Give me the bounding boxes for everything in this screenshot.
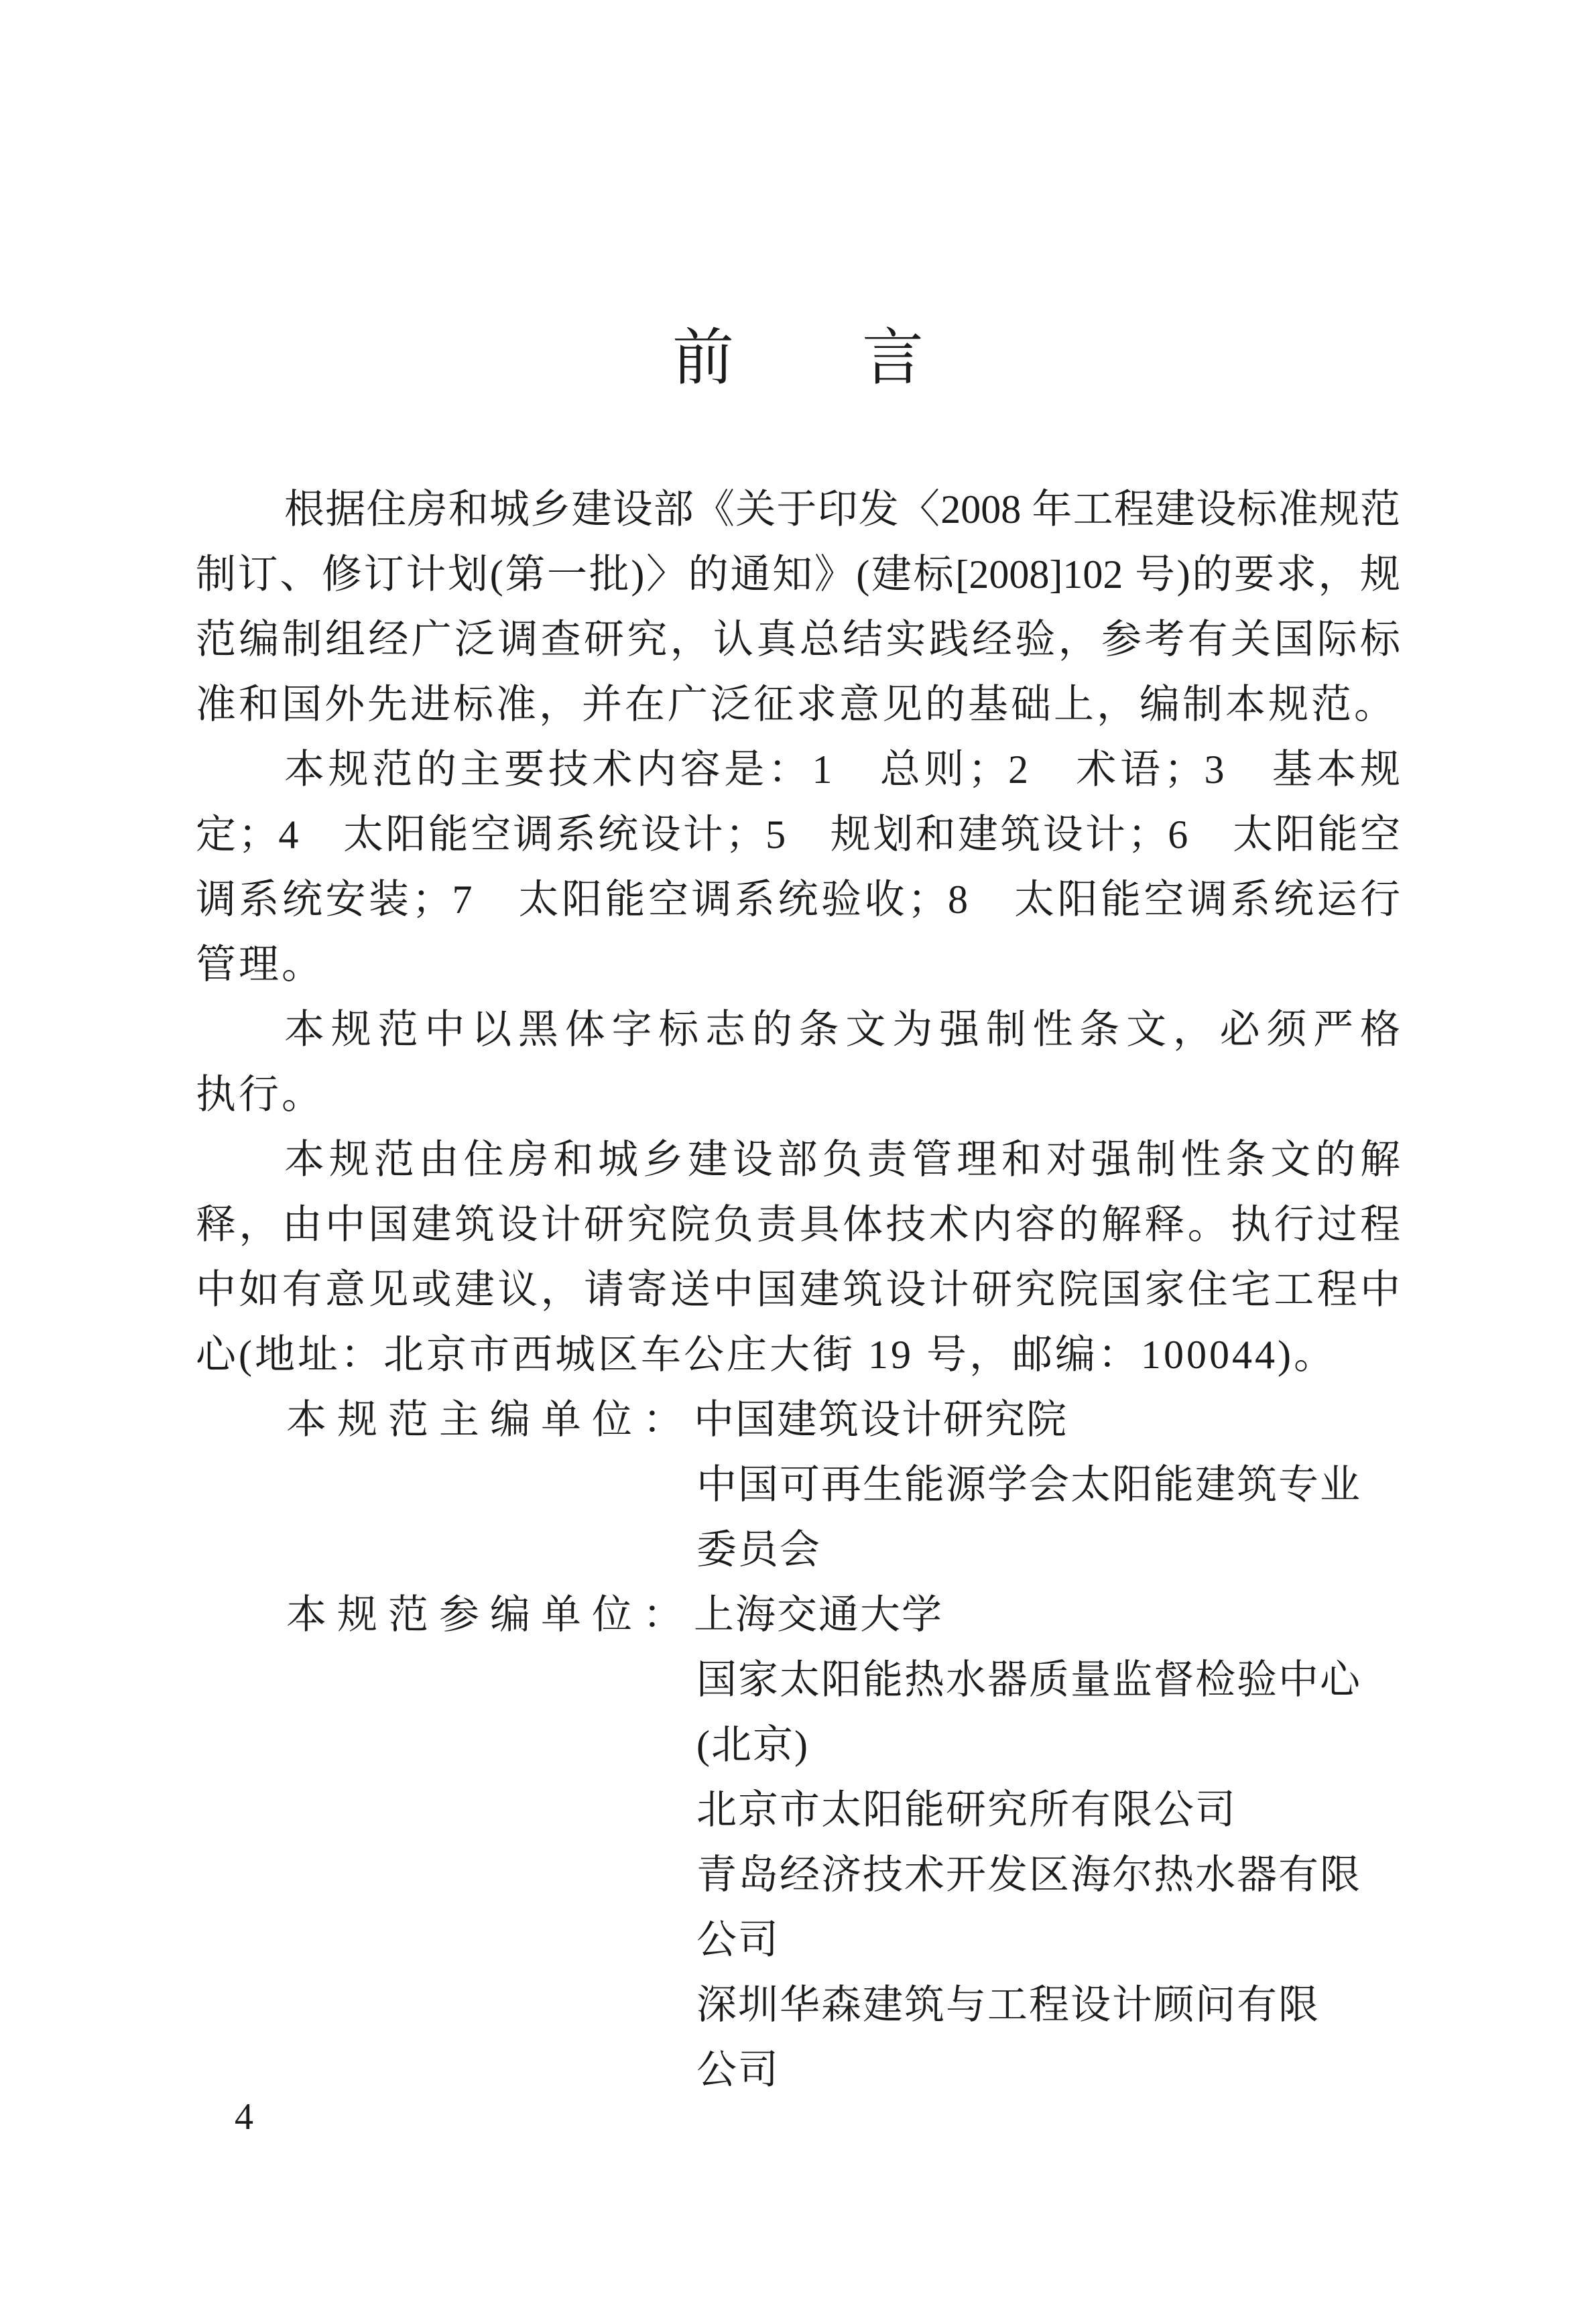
text-line: 执行。	[196, 1062, 1400, 1128]
text-line: 调系统安装；7 太阳能空调系统验收；8 太阳能空调系统运行	[196, 867, 1400, 932]
text-line: 管理。	[196, 932, 1400, 997]
credit-label: 本规范主编单位：	[286, 1398, 694, 1442]
page-title: 前言	[196, 314, 1400, 402]
text-line: 制订、修订计划(第一批)〉的通知》(建标[2008]102 号)的要求，规	[196, 542, 1400, 607]
text-line: 公司	[196, 1908, 1400, 1973]
text-line: 准和国外先进标准，并在广泛征求意见的基础上，编制本规范。	[196, 672, 1400, 737]
credit-label: 本规范参编单位：	[286, 1593, 694, 1637]
credit-org-name: 上海交通大学	[694, 1593, 943, 1637]
page-number: 4	[235, 2090, 253, 2144]
text-line: 范编制组经广泛调查研究，认真总结实践经验，参考有关国际标	[196, 607, 1400, 672]
text-line: 公司	[196, 2038, 1400, 2103]
text-line: 本规范中以黑体字标志的条文为强制性条文，必须严格	[196, 997, 1400, 1062]
credit-line: 本规范参编单位：上海交通大学	[196, 1583, 1400, 1648]
text-line: 中如有意见或建议，请寄送中国建筑设计研究院国家住宅工程中	[196, 1258, 1400, 1323]
document-page: 前言 根据住房和城乡建设部《关于印发〈2008 年工程建设标准规范制订、修订计划…	[0, 0, 1596, 2310]
text-line: 北京市太阳能研究所有限公司	[196, 1778, 1400, 1843]
text-line: 国家太阳能热水器质量监督检验中心	[196, 1648, 1400, 1713]
text-line: 本规范的主要技术内容是：1 总则；2 术语；3 基本规	[196, 737, 1400, 802]
credit-line: 本规范主编单位：中国建筑设计研究院	[196, 1388, 1400, 1453]
text-line: 心(地址：北京市西城区车公庄大街 19 号，邮编：100044)。	[196, 1323, 1400, 1388]
text-line: 释，由中国建筑设计研究院负责具体技术内容的解释。执行过程	[196, 1193, 1400, 1258]
text-line: 深圳华森建筑与工程设计顾问有限	[196, 1973, 1400, 2038]
text-line: 委员会	[196, 1518, 1400, 1583]
document-body: 根据住房和城乡建设部《关于印发〈2008 年工程建设标准规范制订、修订计划(第一…	[196, 477, 1400, 2103]
text-line: 定；4 太阳能空调系统设计；5 规划和建筑设计；6 太阳能空	[196, 802, 1400, 867]
text-line: (北京)	[196, 1713, 1400, 1778]
credit-org-name: 中国建筑设计研究院	[694, 1398, 1068, 1442]
text-line: 本规范由住房和城乡建设部负责管理和对强制性条文的解	[196, 1128, 1400, 1193]
text-line: 青岛经济技术开发区海尔热水器有限	[196, 1843, 1400, 1908]
text-line: 中国可再生能源学会太阳能建筑专业	[196, 1453, 1400, 1518]
text-line: 根据住房和城乡建设部《关于印发〈2008 年工程建设标准规范	[196, 477, 1400, 542]
